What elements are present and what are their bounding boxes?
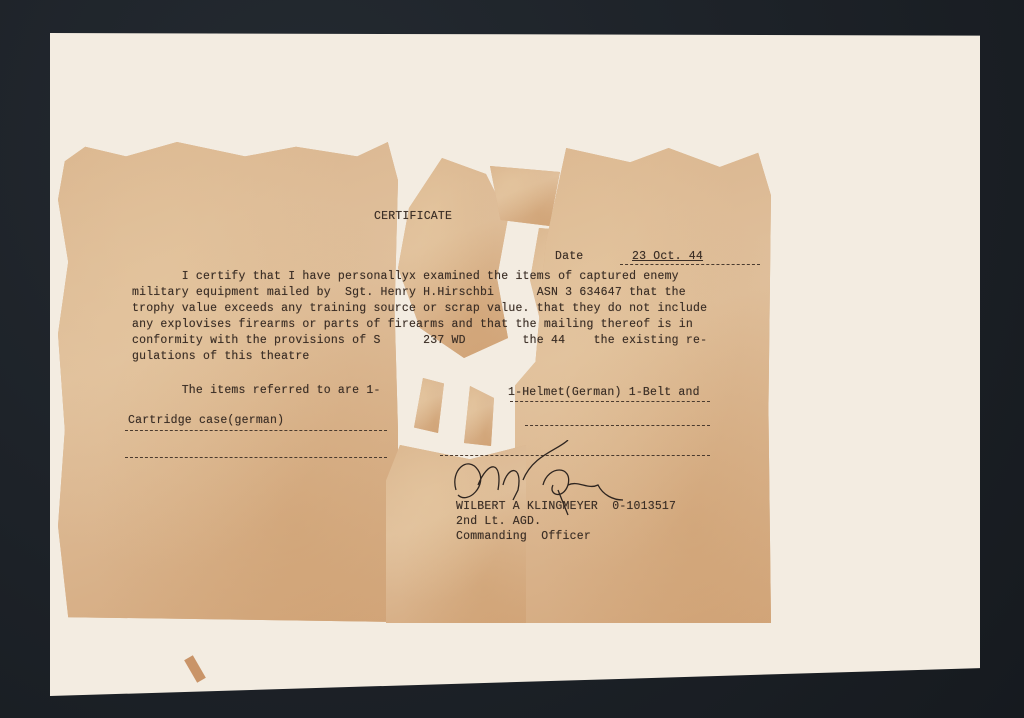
date-value: 23 Oct. 44 — [632, 250, 703, 263]
document-fragment-left — [58, 142, 398, 622]
items-rule-1 — [510, 401, 710, 402]
items-rule-3 — [125, 457, 387, 458]
body-line: gulations of this theatre — [132, 350, 310, 363]
items-line-1: 1-Helmet(German) 1-Belt and — [508, 386, 700, 399]
date-rule — [620, 264, 760, 265]
items-line-2: Cartridge case(german) — [128, 414, 284, 427]
body-line: conformity with the provisions of S 237 … — [132, 334, 707, 347]
body-line: I certify that I have personallyx examin… — [132, 270, 679, 283]
signatory-name: WILBERT A KLINGMEYER 0-1013517 — [456, 500, 676, 513]
body-line: trophy value exceeds any training source… — [132, 302, 707, 315]
body-line: military equipment mailed by Sgt. Henry … — [132, 286, 686, 299]
body-line: any explovises firearms or parts of fire… — [132, 318, 693, 331]
items-rule-2 — [125, 430, 387, 431]
signatory-rank: 2nd Lt. AGD. — [456, 515, 541, 528]
certificate-title: CERTIFICATE — [374, 210, 452, 223]
items-intro: The items referred to are 1- — [132, 384, 381, 397]
items-rule-2-right — [525, 425, 710, 426]
document-fragment-middle-top — [490, 166, 560, 226]
date-label: Date — [555, 250, 583, 263]
signatory-title: Commanding Officer — [456, 530, 591, 543]
